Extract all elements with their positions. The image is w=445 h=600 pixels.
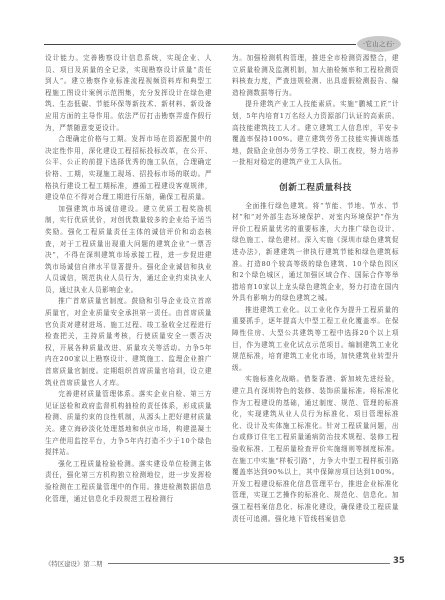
magazine-page: ·它山之石· 设计能力。完善勘察设计信息系统，实现企业、人员、项目及质量的全记录… — [0, 0, 445, 600]
left-column: 设计能力。完善勘察设计信息系统，实现企业、人员、项目及质量的全记录，实现勘察设计… — [45, 53, 212, 505]
footer-rule-left — [108, 563, 225, 564]
page-number: 35 — [393, 556, 405, 566]
issue-label: 《特区建设》第二期 — [45, 559, 103, 568]
paragraph: 实施标准化战略。借鉴香港、新加坡先进经验，建立具有深圳特色的装修、装饰质量标准。… — [232, 374, 399, 525]
paragraph: 推广首席质量官制度。鼓励和引导企业设立首席质量官，对企业质量安全承担第一责任。由… — [45, 296, 212, 389]
section-heading: 创新工程质量科技 — [232, 183, 399, 195]
paragraph: 强化工程质量检验检测。落实建设单位检测主体责任，强化第三方机构独立检测地位，进一… — [45, 459, 212, 505]
right-column: 为。加强检测机构管理，推进全市检测资源整合，建立质量检测及监测机制，加大抽检频率… — [232, 53, 399, 525]
paragraph: 为。加强检测机构管理，推进全市检测资源整合，建立质量检测及监测机制，加大抽检频率… — [232, 53, 399, 99]
paragraph: 设计能力。完善勘察设计信息系统，实现企业、人员、项目及质量的全记录，实现勘察设计… — [45, 53, 212, 134]
section-badge: ·它山之石· — [357, 36, 401, 52]
paragraph: 加强建筑市场诚信建设。建立优质工程奖励机制，实行优质优价，对创优数量较多的企业给… — [45, 204, 212, 297]
paragraph: 推进建筑工业化。以工业化作为提升工程质量的重要抓手，逐年提高大中型工程工业化覆盖… — [232, 305, 399, 375]
footer-rule-right — [225, 563, 390, 564]
header-rule — [44, 44, 356, 45]
paragraph: 全面推行绿色建筑。将“节能、节地、节水、节材”和“对外部生态环境保护、对室内环境… — [232, 201, 399, 305]
paragraph: 完善建材质量管理体系。落实企业自检、第三方见证送检和政府监督机构抽检的责任体系，… — [45, 389, 212, 459]
paragraph: 合理确定价格与工期。发挥市场在资源配置中的决定性作用，深化建设工程招标投标改革，… — [45, 134, 212, 204]
paragraph: 提升建筑产业工人技能素质。实施“鹏城工匠”计划，5年内培育1万名经人力资源部门认… — [232, 99, 399, 169]
